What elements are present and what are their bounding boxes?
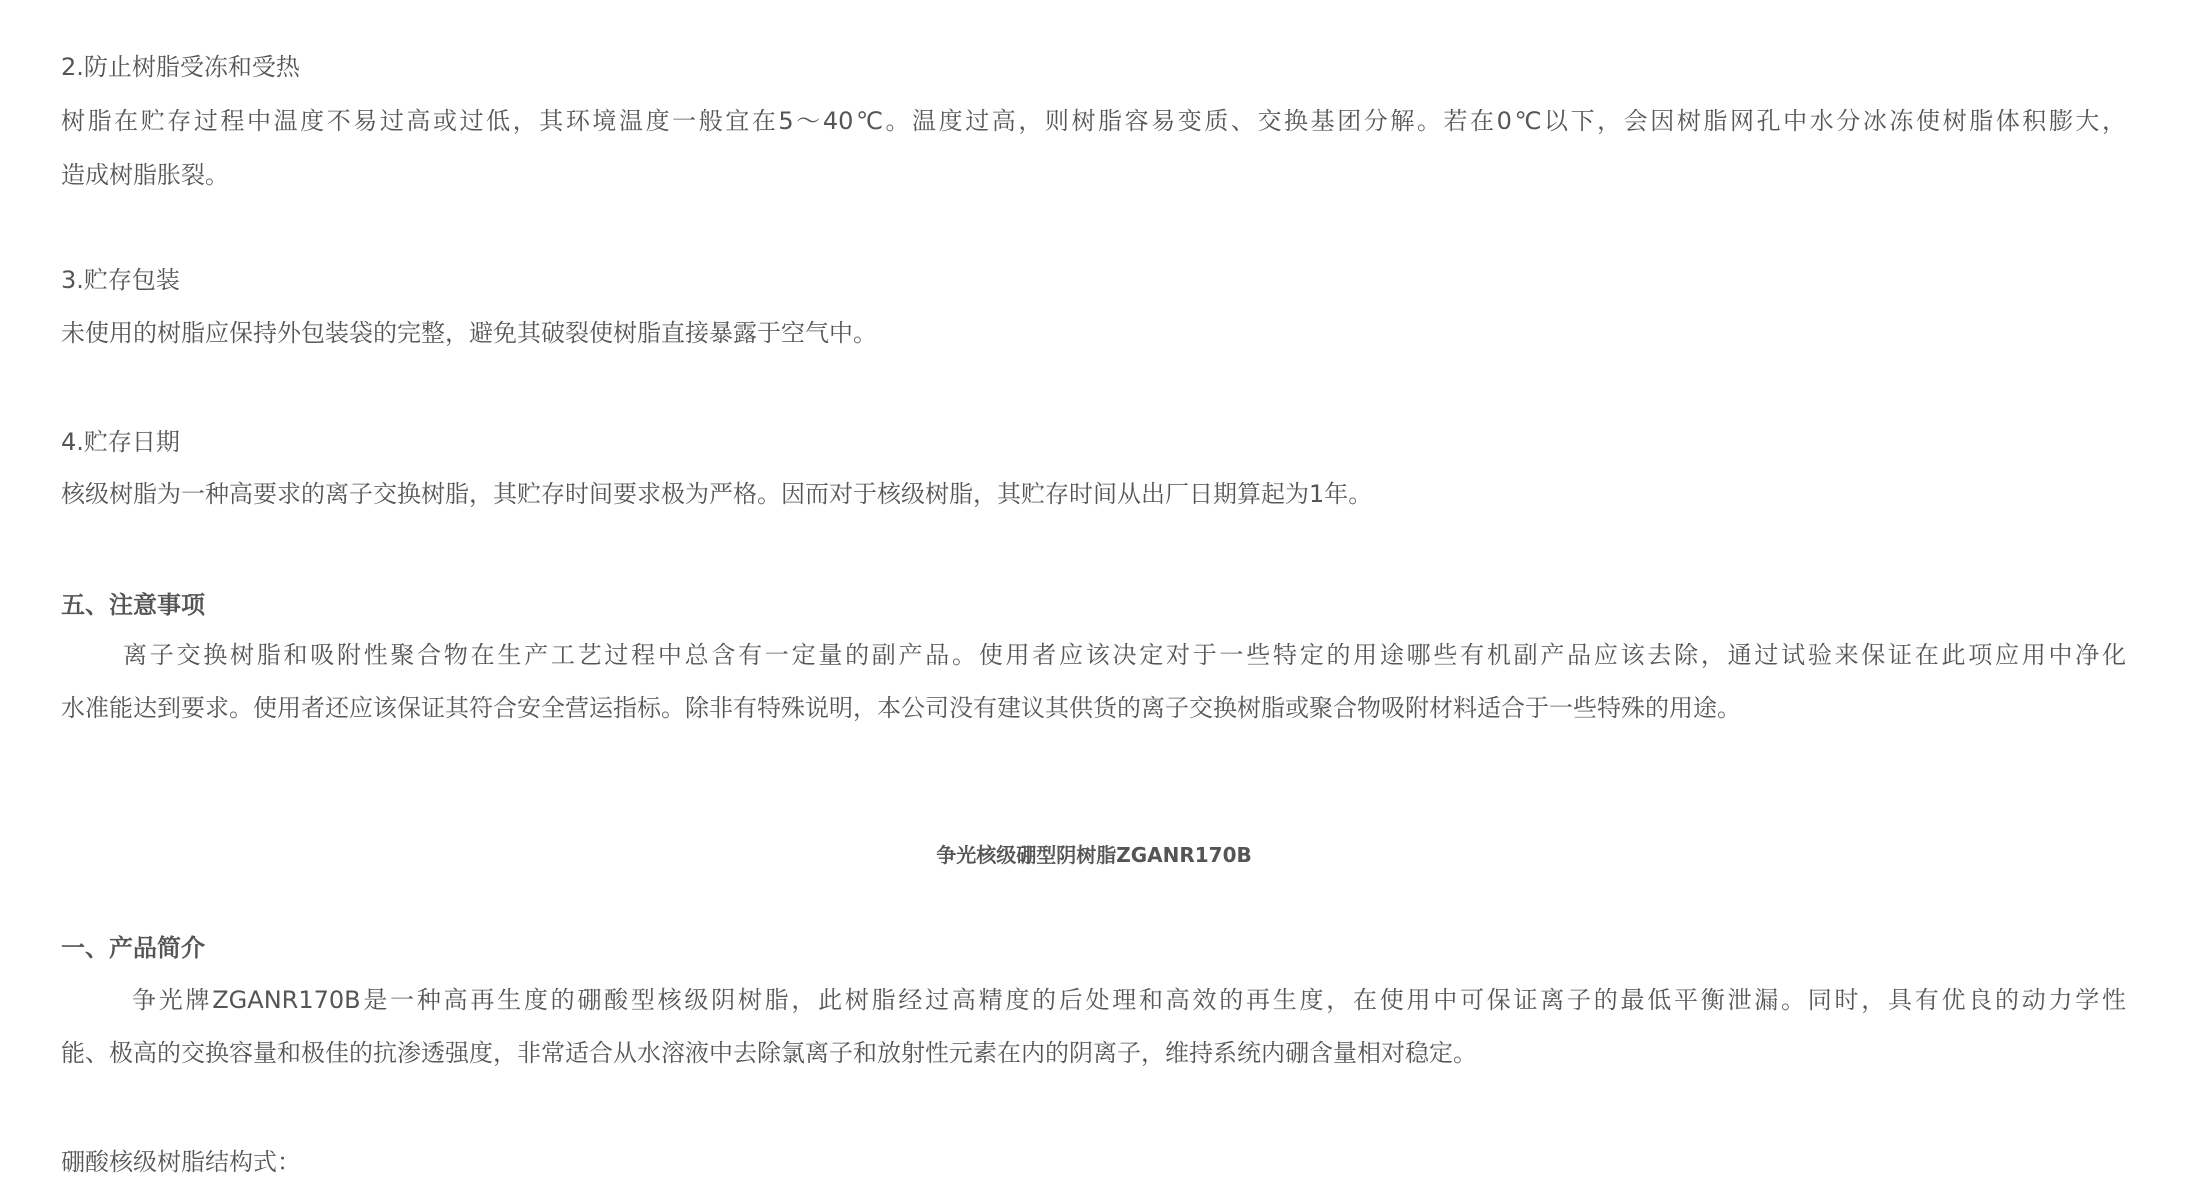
- paragraph-line: 能、极高的交换容量和极佳的抗渗透强度，非常适合从水溶液中去除氯离子和放射性元素在…: [61, 1026, 1477, 1080]
- paragraph-line: 核级树脂为一种高要求的离子交换树脂，其贮存时间要求极为严格。因而对于核级树脂，其…: [61, 467, 1372, 521]
- paragraph-line: 树脂在贮存过程中温度不易过高或过低，其环境温度一般宜在5～40℃。温度过高，则树…: [61, 94, 2126, 148]
- heading-product-intro: 一、产品简介: [61, 921, 205, 975]
- paragraph-line: 水准能达到要求。使用者还应该保证其符合安全营运指标。除非有特殊说明，本公司没有建…: [61, 681, 1741, 735]
- heading-notes: 五、注意事项: [61, 578, 205, 632]
- heading-prevent-freeze-heat: 2.防止树脂受冻和受热: [61, 40, 300, 94]
- paragraph-line: 离子交换树脂和吸附性聚合物在生产工艺过程中总含有一定量的副产品。使用者应该决定对…: [61, 628, 2126, 682]
- paragraph-line: 造成树脂胀裂。: [61, 148, 229, 202]
- structure-formula-label: 硼酸核级树脂结构式：: [61, 1135, 301, 1189]
- paragraph-line: 未使用的树脂应保持外包装袋的完整，避免其破裂使树脂直接暴露于空气中。: [61, 306, 877, 360]
- document-page: 2.防止树脂受冻和受热 树脂在贮存过程中温度不易过高或过低，其环境温度一般宜在5…: [0, 0, 2188, 1192]
- heading-storage-packaging: 3.贮存包装: [61, 253, 180, 307]
- heading-storage-date: 4.贮存日期: [61, 415, 180, 469]
- paragraph-line: 争光牌ZGANR170B是一种高再生度的硼酸型核级阴树脂，此树脂经过高精度的后处…: [61, 973, 2126, 1027]
- product-title: 争光核级硼型阴树脂ZGANR170B: [0, 835, 2188, 875]
